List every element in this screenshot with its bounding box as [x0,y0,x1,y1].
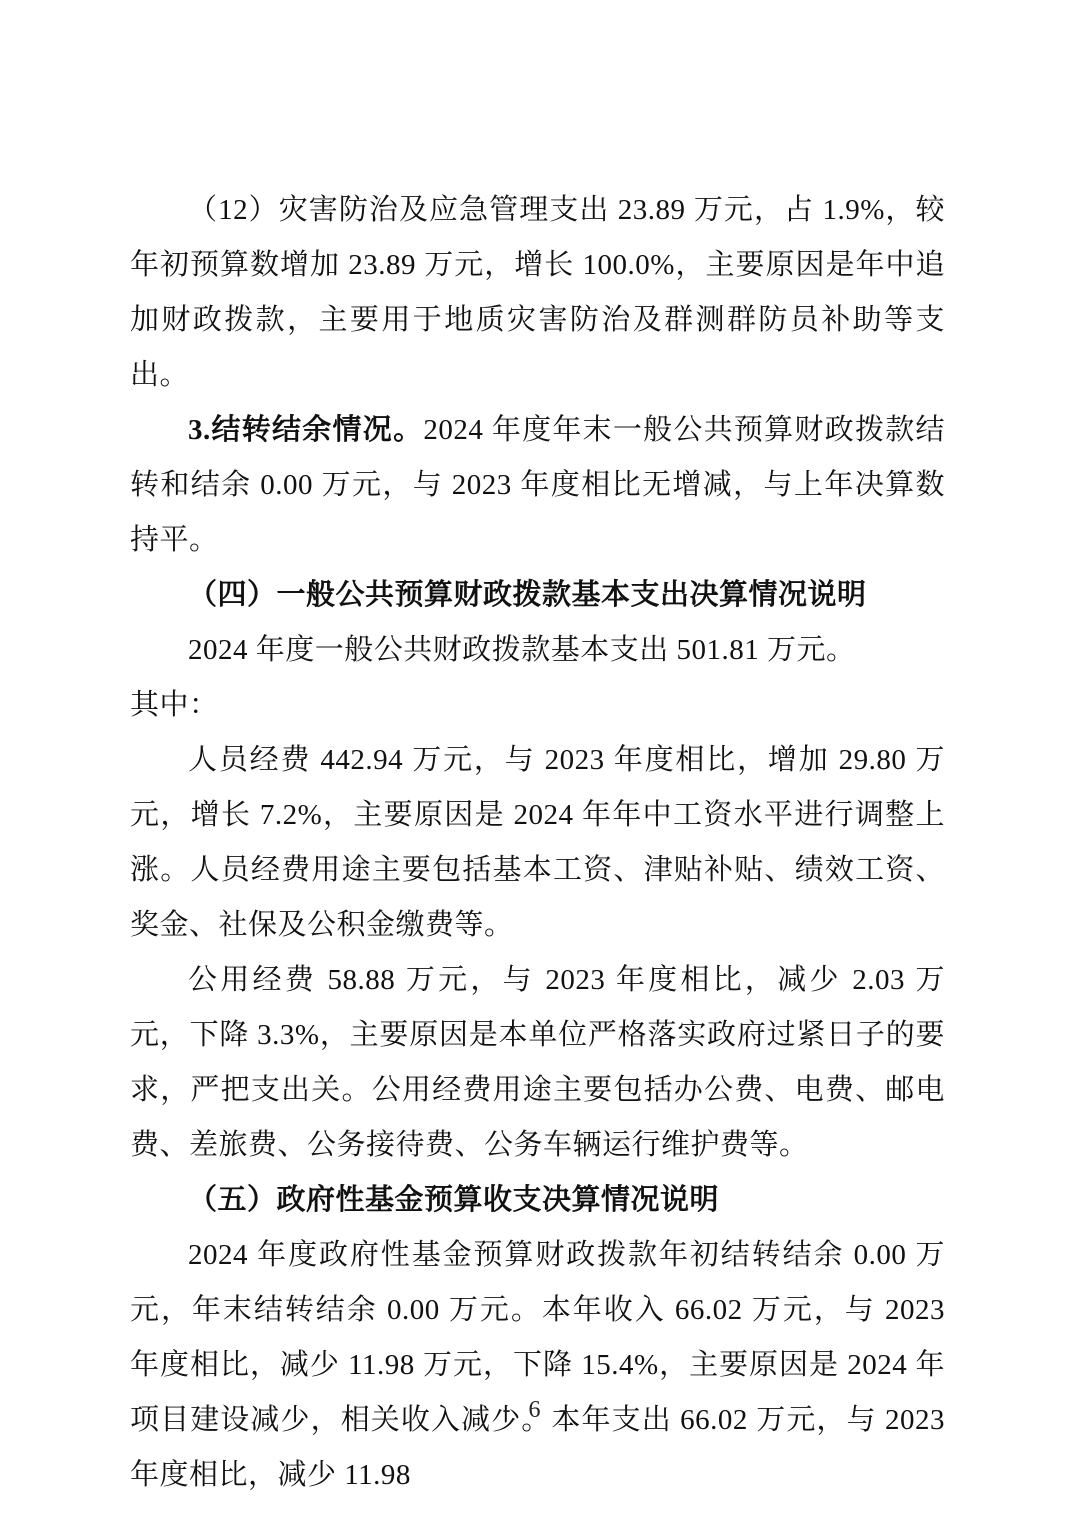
paragraph-carryover-balance-lead: 3.结转结余情况。 [188,414,423,446]
paragraph-carryover-balance: 3.结转结余情况。2024 年度年末一般公共预算财政拨款结转和结余 0.00 万… [130,403,945,568]
paragraph-basic-expenditure-total: 2024 年度一般公共财政拨款基本支出 501.81 万元。 [130,623,945,678]
paragraph-government-fund-detail: 2024 年度政府性基金预算财政拨款年初结转结余 0.00 万元，年末结转结余 … [130,1228,945,1503]
document-page: （12）灾害防治及应急管理支出 23.89 万元，占 1.9%，较年初预算数增加… [0,0,1075,1520]
paragraph-among-which-label: 其中： [130,678,945,733]
document-body: （12）灾害防治及应急管理支出 23.89 万元，占 1.9%，较年初预算数增加… [130,183,945,1503]
paragraph-public-expense: 公用经费 58.88 万元，与 2023 年度相比，减少 2.03 万元，下降 … [130,953,945,1173]
heading-section-5-government-fund: （五）政府性基金预算收支决算情况说明 [130,1173,945,1228]
paragraph-personnel-expense: 人员经费 442.94 万元，与 2023 年度相比，增加 29.80 万元，增… [130,733,945,953]
heading-section-4-basic-expenditure: （四）一般公共预算财政拨款基本支出决算情况说明 [130,568,945,623]
paragraph-disaster-prevention-expense: （12）灾害防治及应急管理支出 23.89 万元，占 1.9%，较年初预算数增加… [130,183,945,403]
page-number: - 6 - [0,1392,1075,1428]
